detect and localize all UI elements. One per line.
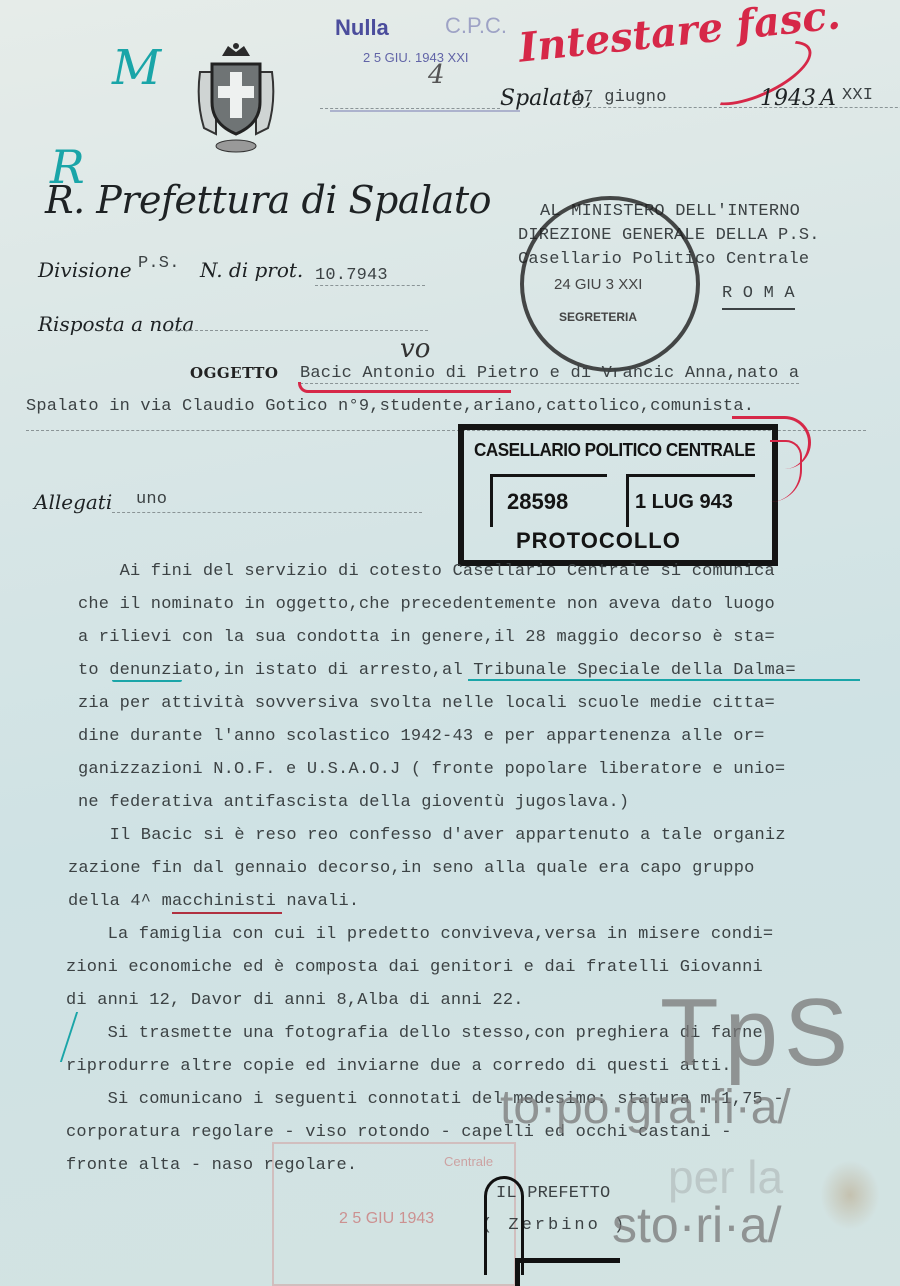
reply-label: Risposta a nota [38,312,194,336]
year-value: 1943 [760,86,816,111]
subject-correction: vo [400,334,430,364]
watermark-logo: TpS [660,978,854,1088]
protocol-date-box: 1 LUG 943 [626,474,755,527]
office-title: R. Prefettura di Spalato [45,178,491,222]
body-line: zia per attività sovversiva svolta nelle… [78,687,888,720]
faded-stamp-date: 2 5 GIU 1943 [339,1210,434,1228]
red-underline-macchinisti [172,912,282,914]
body-line: dine durante l'anno scolastico 1942-43 e… [78,720,888,753]
division-value: P.S. [138,254,180,273]
faded-red-stamp: Centrale 2 5 GIU 1943 [272,1142,516,1286]
margin-print: ISTITUTO POLIGRAFICO DELLO STATO [0,757,1,869]
era-value: XXI [842,86,873,105]
subject-line-1: Bacic Antonio di Pietro e di Vrancic Ann… [300,364,799,384]
protocol-stamp-footer: PROTOCOLLO [516,528,681,554]
subject-label: OGGETTO [190,364,278,382]
paper-stain [820,1160,880,1230]
protocol-number: 28598 [507,489,568,515]
date-line: Spalato, 17 giugno 1943 A XXI [320,86,880,112]
teal-mark-m: M [112,40,161,96]
received-stamp-date: 2 5 GIU. 1943 XXI [363,50,469,65]
subject-line-2: Spalato in via Claudio Gotico n°9,studen… [26,397,754,416]
subject-red-underline [298,382,511,393]
red-check-mark [770,440,802,502]
body-line: Il Bacic si è reso reo confesso d'aver a… [68,819,888,852]
reply-value-line [170,330,428,331]
body-line: che il nominato in oggetto,che precedent… [78,588,888,621]
body-line: ne federativa antifascista della giovent… [78,786,888,819]
received-stamp-office: C.P.C. [445,13,507,39]
body-line: a rilievi con la sua condotta in genere,… [78,621,888,654]
ministry-stamp-text: SEGRETERIA [559,310,637,324]
attachments-value: uno [136,490,167,509]
watermark-line-3: sto·ri·a/ [612,1196,781,1254]
body-line: to denunziato,in istato di arresto,al Tr… [78,654,888,687]
protocol-date: 1 LUG 943 [635,491,733,514]
protocol-value: 10.7943 [315,266,425,286]
protocol-stamp-header: CASELLARIO POLITICO CENTRALE [474,440,755,461]
teal-underline-denunziato [112,680,182,682]
era-prefix: A [820,86,836,111]
date-leader [320,108,500,109]
body-line: ganizzazioni N.O.F. e U.S.A.O.J ( fronte… [78,753,888,786]
protocol-stamp: CASELLARIO POLITICO CENTRALE 28598 1 LUG… [458,424,778,566]
ministry-stamp-date: 24 GIU 3 XXI [554,276,642,293]
recipient-city: R O M A [722,282,795,310]
ministry-round-stamp: 24 GIU 3 XXI SEGRETERIA [520,196,700,372]
faded-stamp-label: Centrale [444,1154,493,1169]
body-line: La famiglia con cui il predetto convivev… [66,918,888,951]
attachments-line [112,512,422,513]
body-line: Ai fini del servizio di cotesto Casellar… [78,555,888,588]
division-label: Divisione [38,258,132,282]
received-stamp-label: Nulla [335,15,389,41]
protocol-number-box: 28598 [490,474,607,527]
signature-stroke-tail [515,1258,620,1286]
protocol-label: N. di prot. [200,258,303,282]
watermark-line-1: to·po·gra·fi·a/ [500,1080,791,1135]
teal-underline-tribunale [468,679,860,681]
body-line: zazione fin dal gennaio decorso,in seno … [68,852,888,885]
attachments-label: Allegati [34,490,112,514]
coat-of-arms-icon [192,42,280,154]
